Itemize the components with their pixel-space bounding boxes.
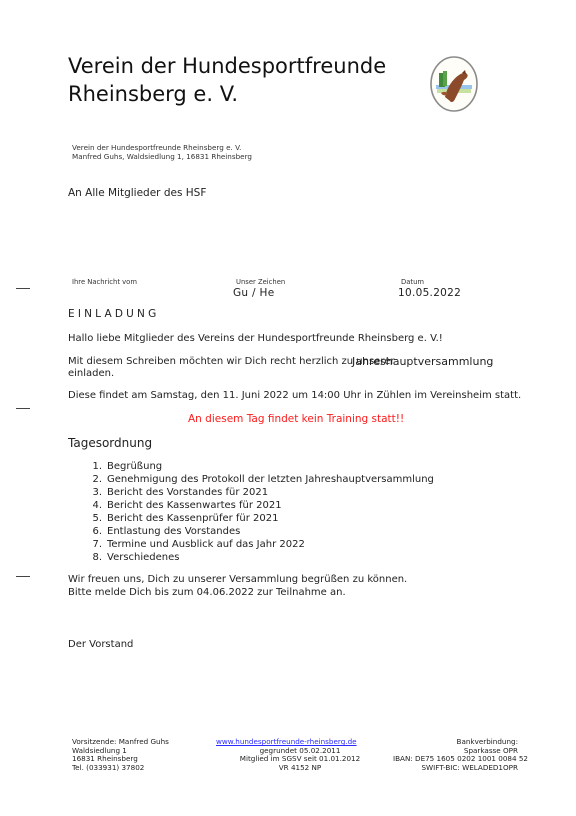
club-logo-jumping-dog-icon [429, 55, 479, 113]
fold-mark-bottom [16, 576, 30, 577]
sender-line-2: Manfred Guhs, Waldsiedlung 1, 16831 Rhei… [72, 152, 252, 161]
signature: Der Vorstand [68, 639, 133, 650]
greeting: Hallo liebe Mitglieder des Vereins der H… [68, 333, 443, 344]
footer-club-info: gegrundet 05.02.2011 Mitglied im SGSV se… [230, 747, 370, 773]
fold-mark-middle [16, 408, 30, 409]
agenda-item: 7.Termine und Ausblick auf das Jahr 2022 [84, 538, 434, 551]
invitation-line-1: Mit diesem Schreiben möchten wir Dich re… [68, 356, 394, 367]
agenda-item: 8.Verschiedenes [84, 551, 434, 564]
invitation-overlapping-word: Jahreshauptversammlung [352, 355, 493, 368]
footer-chair-contact: Vorsitzende: Manfred Guhs Waldsiedlung 1… [72, 738, 169, 772]
agenda-item: 2.Genehmigung des Protokoll der letzten … [84, 473, 434, 486]
invitation-line-2: einladen. [68, 368, 114, 379]
agenda-item: 6.Entlastung des Vorstandes [84, 525, 434, 538]
date-label: Datum [401, 278, 424, 286]
agenda-item: 3.Bericht des Vorstandes für 2021 [84, 486, 434, 499]
no-training-notice: An diesem Tag findet kein Training statt… [188, 413, 404, 425]
our-sign-label: Unser Zeichen [236, 278, 285, 286]
closing-line-1: Wir freuen uns, Dich zu unserer Versamml… [68, 574, 407, 585]
closing-line-2: Bitte melde Dich bis zum 04.06.2022 zur … [68, 587, 346, 598]
fold-mark-top [16, 288, 30, 289]
agenda-item: 4.Bericht des Kassenwartes für 2021 [84, 499, 434, 512]
letter-heading: EINLADUNG [68, 308, 159, 320]
agenda-list: 1.Begrüßung 2.Genehmigung des Protokoll … [84, 460, 434, 564]
sender-return-address: Verein der Hundesportfreunde Rheinsberg … [72, 143, 252, 161]
meeting-details: Diese findet am Samstag, den 11. Juni 20… [68, 390, 521, 401]
club-name-line1: Verein der Hundesportfreunde [68, 52, 386, 80]
website-link[interactable]: www.hundesportfreunde-rheinsberg.de [216, 737, 357, 746]
agenda-title: Tagesordnung [68, 436, 152, 450]
agenda-item: 5.Bericht des Kassenprüfer für 2021 [84, 512, 434, 525]
our-sign-value: Gu / He [233, 287, 274, 299]
footer-bank-details: Bankverbindung: Sparkasse OPR IBAN: DE75… [368, 738, 528, 772]
date-value: 10.05.2022 [398, 287, 461, 299]
club-name-line2: Rheinsberg e. V. [68, 80, 386, 108]
agenda-item: 1.Begrüßung [84, 460, 434, 473]
sender-line-1: Verein der Hundesportfreunde Rheinsberg … [72, 143, 252, 152]
recipient-address: An Alle Mitglieder des HSF [68, 187, 206, 199]
your-message-label: Ihre Nachricht vom [72, 278, 137, 286]
club-name-heading: Verein der Hundesportfreunde Rheinsberg … [68, 52, 386, 108]
